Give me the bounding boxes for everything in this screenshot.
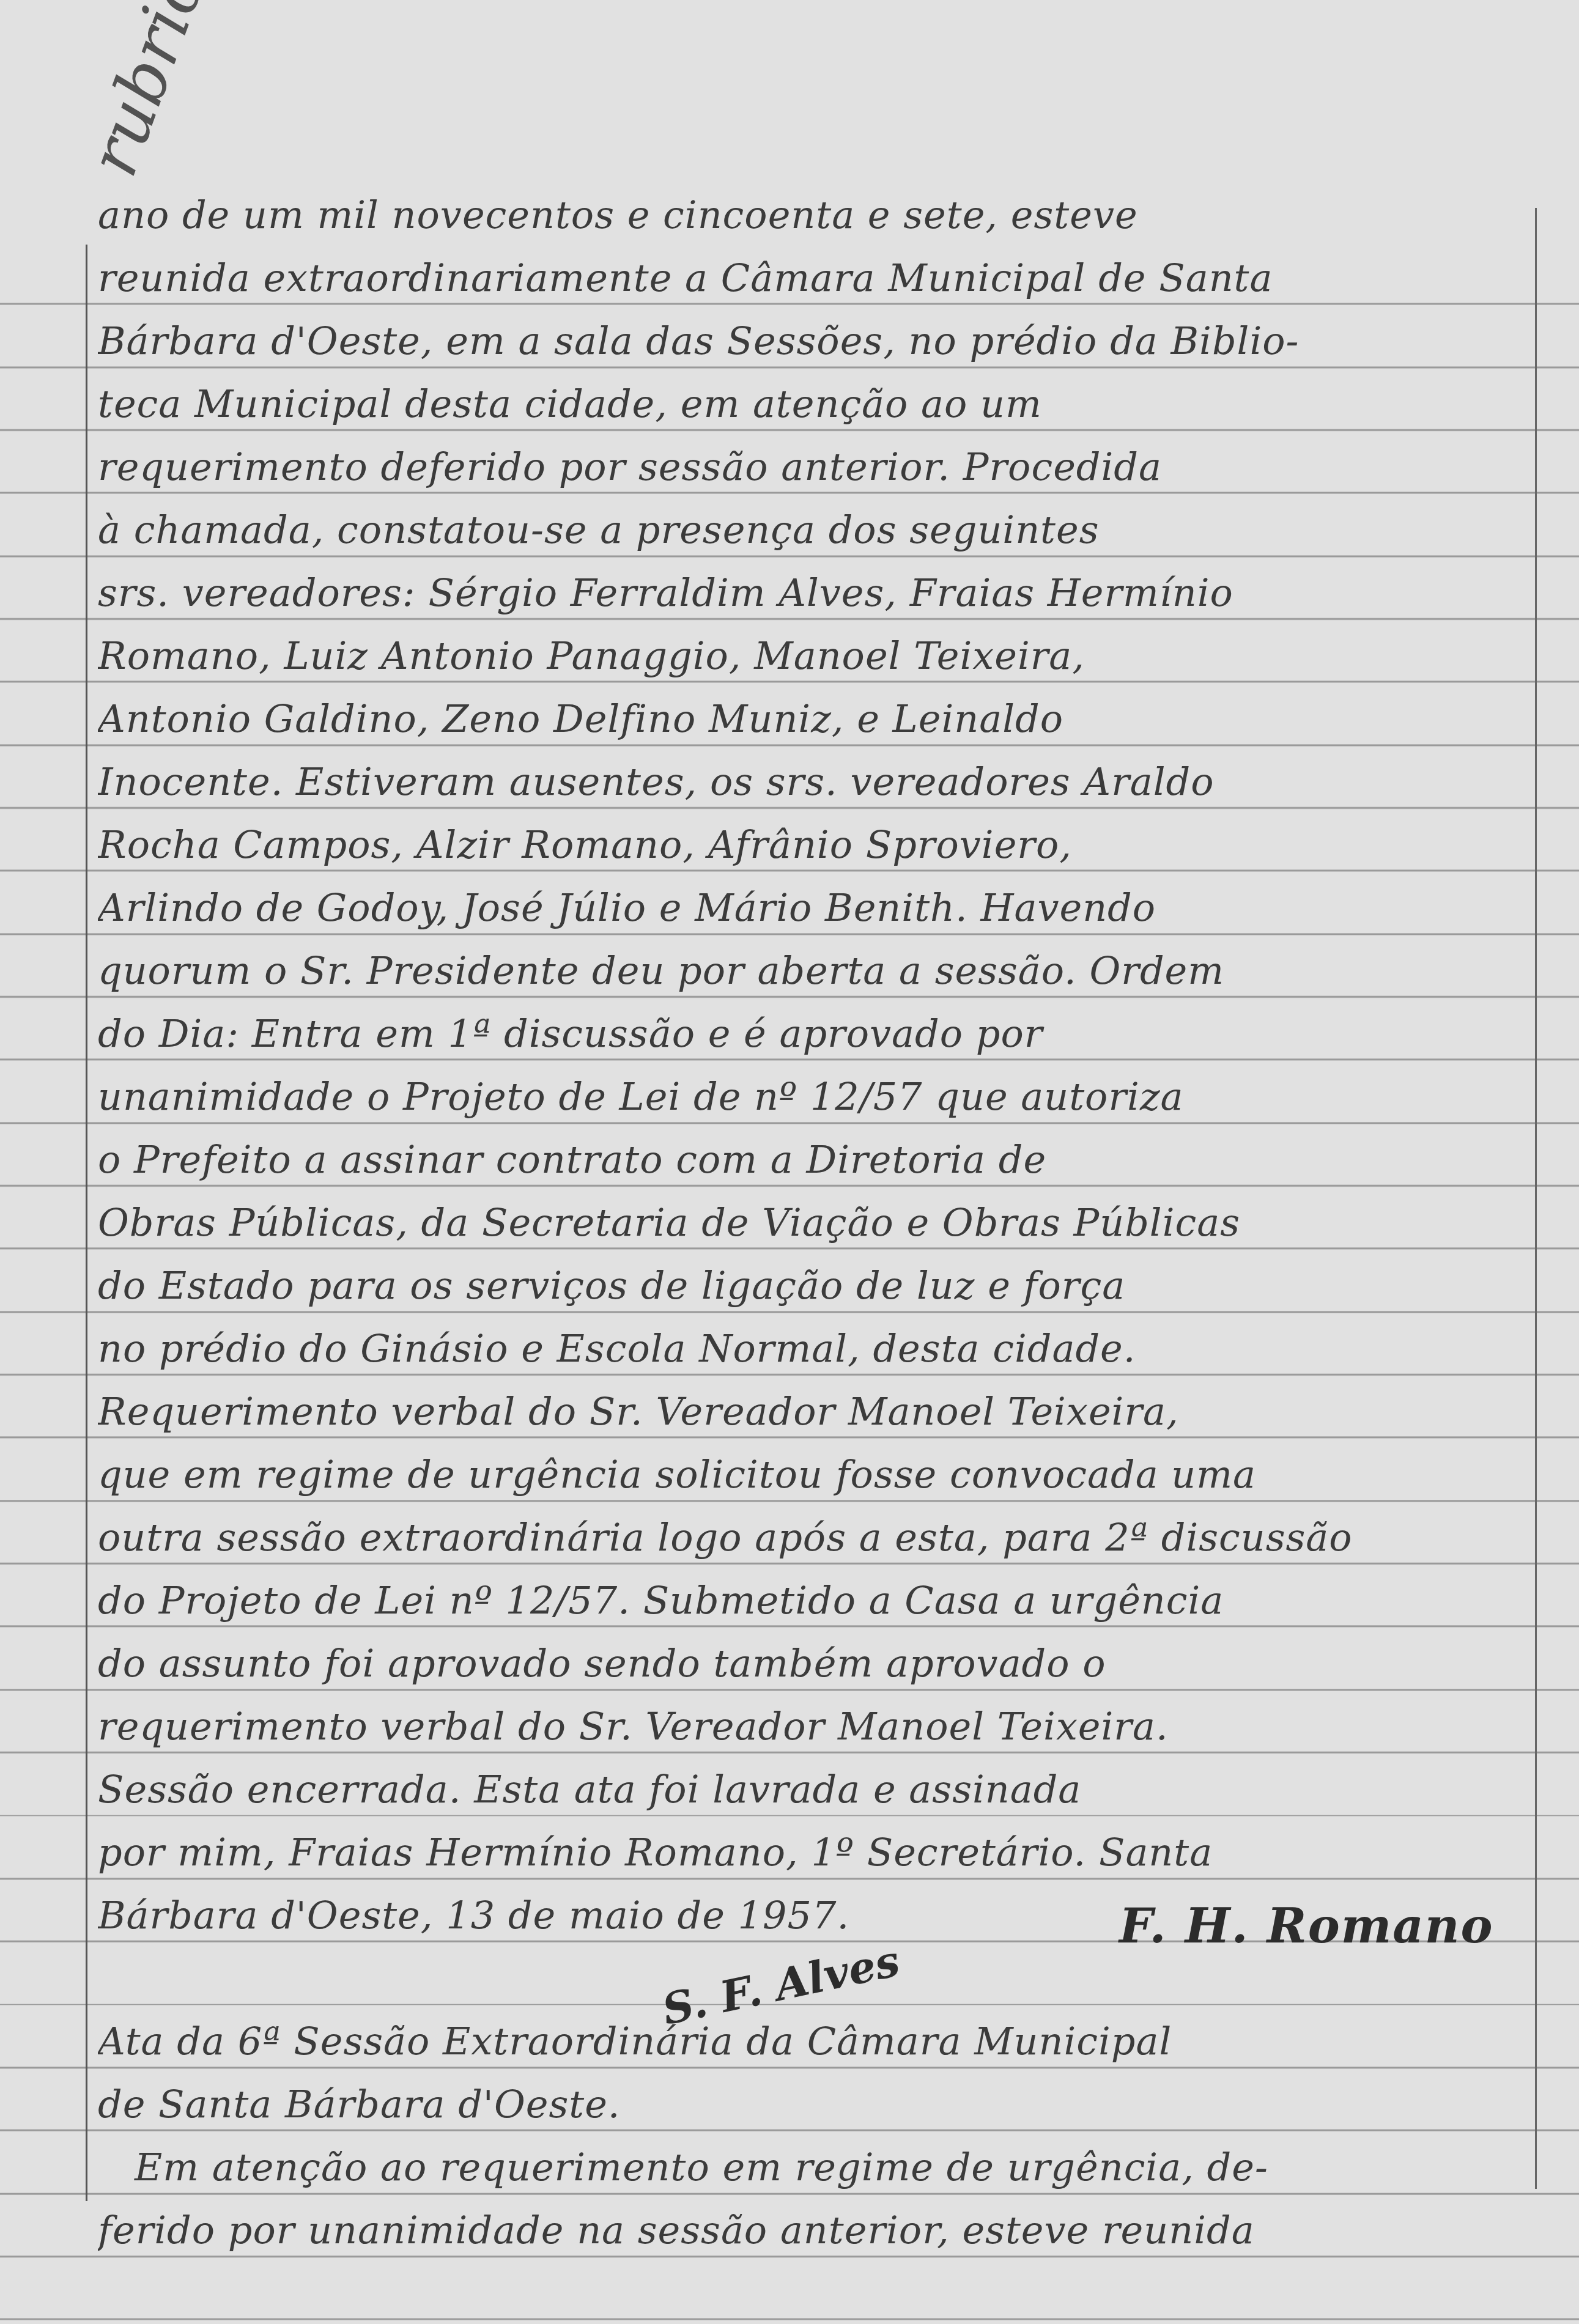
text-line: no prédio do Ginásio e Escola Normal, de… bbox=[98, 1317, 1535, 1380]
text-line: do Projeto de Lei nº 12/57. Submetido a … bbox=[98, 1569, 1535, 1632]
text-line: Arlindo de Godoy, José Júlio e Mário Ben… bbox=[98, 876, 1535, 939]
text-line: Obras Públicas, da Secretaria de Viação … bbox=[98, 1191, 1535, 1254]
text-line: unanimidade o Projeto de Lei de nº 12/57… bbox=[98, 1065, 1535, 1128]
next-minutes-heading: Ata da 6ª Sessão Extraordinária da Câmar… bbox=[98, 2010, 1535, 2073]
text-line: Romano, Luiz Antonio Panaggio, Manoel Te… bbox=[98, 624, 1535, 687]
text-line: Rocha Campos, Alzir Romano, Afrânio Spro… bbox=[98, 813, 1535, 876]
text-line: srs. vereadores: Sérgio Ferraldim Alves,… bbox=[98, 561, 1535, 624]
text-line: do Estado para os serviços de ligação de… bbox=[98, 1254, 1535, 1317]
text-line: que em regime de urgência solicitou foss… bbox=[98, 1443, 1535, 1506]
secretary-signature: F. H. Romano bbox=[1119, 1898, 1494, 1954]
right-margin-rule bbox=[1535, 208, 1537, 2189]
text-line: Antonio Galdino, Zeno Delfino Muniz, e L… bbox=[98, 687, 1535, 750]
text-line: teca Municipal desta cidade, em atenção … bbox=[98, 372, 1535, 435]
ledger-page: rubrica ano de um mil novecentos e cinco… bbox=[0, 0, 1579, 2324]
text-line: ano de um mil novecentos e cincoenta e s… bbox=[98, 183, 1535, 246]
text-line: do Dia: Entra em 1ª discussão e é aprova… bbox=[98, 1002, 1535, 1065]
text-line: o Prefeito a assinar contrato com a Dire… bbox=[98, 1128, 1535, 1191]
text-line: requerimento verbal do Sr. Vereador Mano… bbox=[98, 1695, 1535, 1758]
text-line: Bárbara d'Oeste, em a sala das Sessões, … bbox=[98, 309, 1535, 372]
text-line: do assunto foi aprovado sendo também apr… bbox=[98, 1632, 1535, 1695]
text-line: Requerimento verbal do Sr. Vereador Mano… bbox=[98, 1380, 1535, 1443]
text-line: reunida extraordinariamente a Câmara Mun… bbox=[98, 246, 1535, 309]
text-line: por mim, Fraias Hermínio Romano, 1º Secr… bbox=[98, 1821, 1535, 1884]
text-line: quorum o Sr. Presidente deu por aberta a… bbox=[98, 939, 1535, 1002]
text-line: Em atenção ao requerimento em regime de … bbox=[98, 2136, 1535, 2199]
text-line: Sessão encerrada. Esta ata foi lavrada e… bbox=[98, 1758, 1535, 1821]
text-line: ferido por unanimidade na sessão anterio… bbox=[98, 2199, 1535, 2262]
text-line: requerimento deferido por sessão anterio… bbox=[98, 435, 1535, 498]
text-line: à chamada, constatou-se a presença dos s… bbox=[98, 498, 1535, 561]
text-line: outra sessão extraordinária logo após a … bbox=[98, 1506, 1535, 1569]
top-rubric-initials: rubrica bbox=[73, 0, 232, 186]
left-margin-rule bbox=[86, 245, 87, 2201]
text-line: de Santa Bárbara d'Oeste. bbox=[98, 2073, 1535, 2136]
text-line: Inocente. Estiveram ausentes, os srs. ve… bbox=[98, 750, 1535, 813]
